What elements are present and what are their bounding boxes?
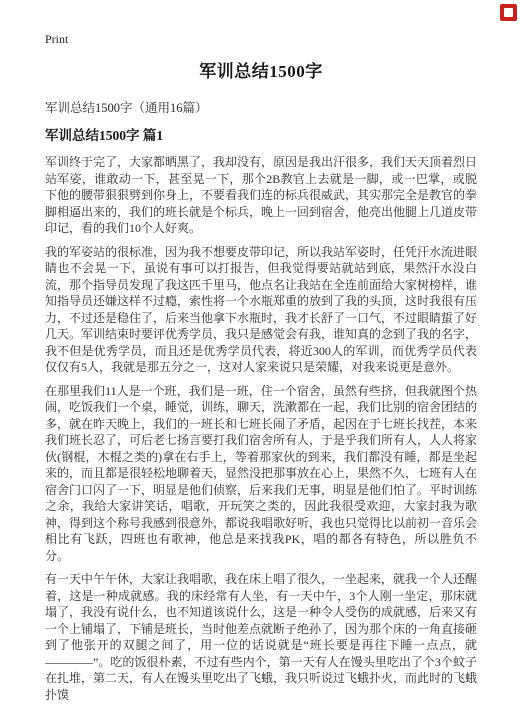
page-title: 军训总结1500字 [45,61,477,83]
section-heading: 军训总结1500字 篇1 [45,127,477,145]
paragraph-1: 军训终于完了，大家都晒黑了，我却没有，原因是我出汗很多，我们天天顶着烈日站军姿，… [45,154,477,237]
paragraph-2: 我的军姿站的很标准，因为我不想要皮带印记，所以我站军姿时，任凭汗水流进眼睛也不会… [45,244,477,376]
badge-glyph-icon [504,8,513,17]
document-page: Print 军训总结1500字 军训总结1500字（通用16篇） 军训总结150… [0,0,520,718]
site-badge-icon[interactable] [500,4,517,21]
paragraph-4: 有一天中午午休，大家让我唱歌，我在床上唱了很久，一坐起来，就我一个人还醒着，这是… [45,571,477,703]
document-content: Print 军训总结1500字 军训总结1500字（通用16篇） 军训总结150… [0,0,520,703]
paragraph-3: 在那里我们11人是一个班，我们是一班，住一个宿舍，虽然有些挤，但我就图个热闹，吃… [45,383,477,565]
document-subtitle: 军训总结1500字（通用16篇） [45,100,477,116]
print-button[interactable]: Print [45,32,68,46]
